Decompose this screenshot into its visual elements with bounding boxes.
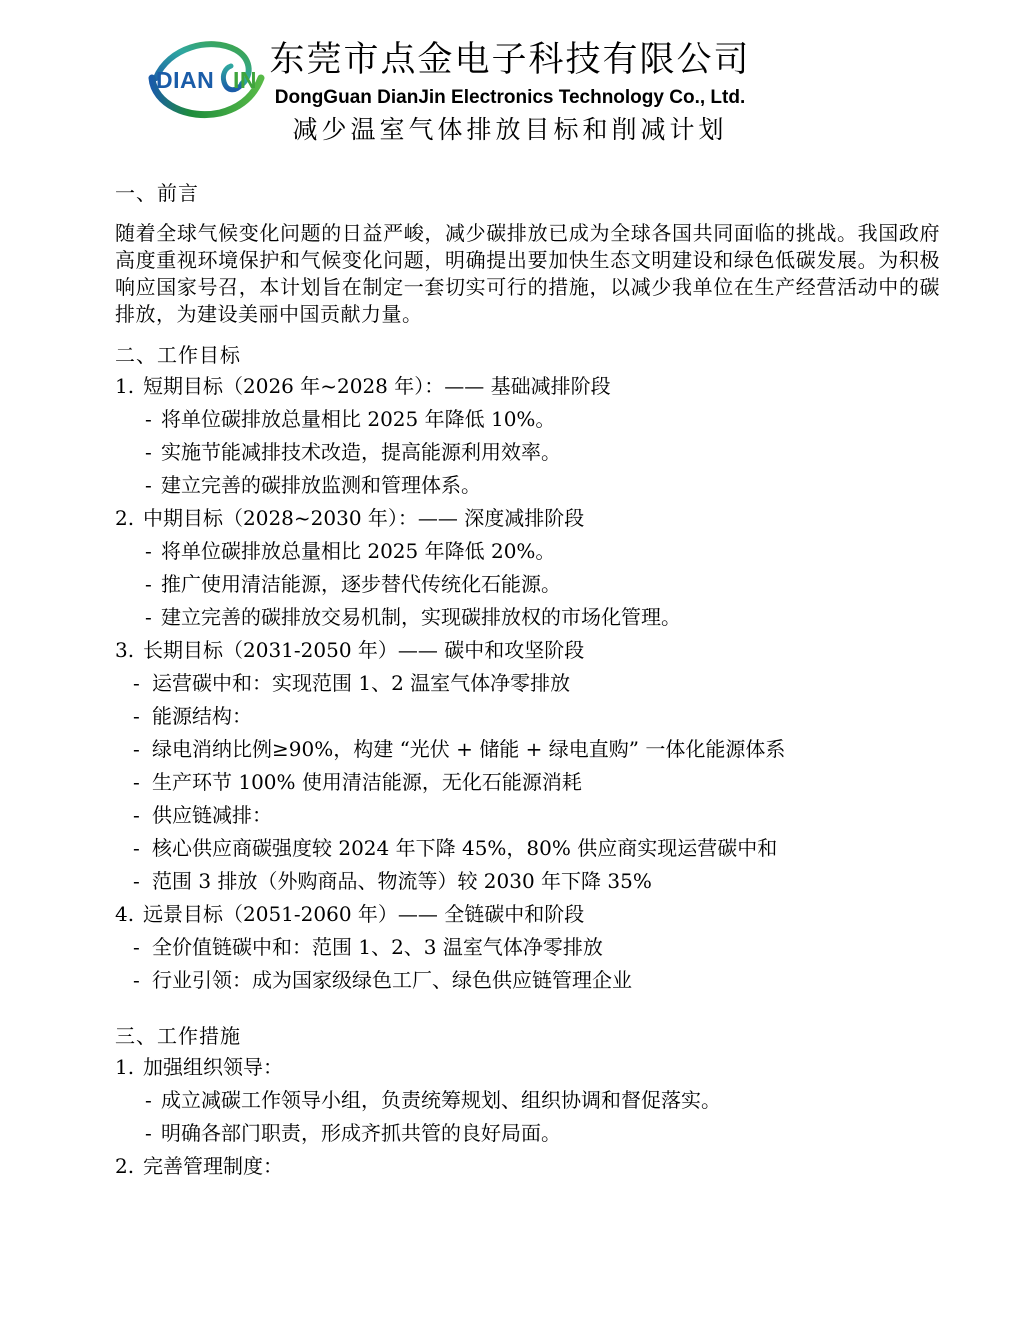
- list-item-text: 中期目标（2028~2030 年）：—— 深度减排阶段: [143, 506, 584, 530]
- list-item: -将单位碳排放总量相比 2025 年降低 10%。: [115, 406, 940, 432]
- list-item: -运营碳中和：实现范围 1、2 温室气体净零排放: [115, 670, 940, 696]
- document-body: 一、前言 随着全球气候变化问题的日益严峻，减少碳排放已成为全球各国共同面临的挑战…: [115, 0, 940, 1186]
- list-marker: -: [133, 967, 152, 993]
- list-item: 1.加强组织领导：: [115, 1054, 940, 1080]
- list-marker: 2.: [115, 505, 143, 531]
- list-item-text: 将单位碳排放总量相比 2025 年降低 10%。: [161, 407, 555, 431]
- list-item-text: 运营碳中和：实现范围 1、2 温室气体净零排放: [152, 671, 570, 695]
- list-item: -核心供应商碳强度较 2024 年下降 45%，80% 供应商实现运营碳中和: [115, 835, 940, 861]
- list-item-text: 供应链减排：: [152, 803, 272, 827]
- list-item: -绿电消纳比例≥90%，构建 “光伏 + 储能 + 绿电直购” 一体化能源体系: [115, 736, 940, 762]
- list-item-text: 核心供应商碳强度较 2024 年下降 45%，80% 供应商实现运营碳中和: [152, 836, 777, 860]
- list-item-text: 行业引领：成为国家级绿色工厂、绿色供应链管理企业: [152, 968, 632, 992]
- preface-paragraph: 随着全球气候变化问题的日益严峻，减少碳排放已成为全球各国共同面临的挑战。我国政府…: [115, 220, 940, 328]
- list-item-text: 远景目标（2051-2060 年）—— 全链碳中和阶段: [143, 902, 584, 926]
- list-item: -成立减碳工作领导小组，负责统筹规划、组织协调和督促落实。: [115, 1087, 940, 1113]
- list-item-text: 完善管理制度：: [143, 1154, 283, 1178]
- list-marker: 1.: [115, 373, 143, 399]
- list-marker: -: [145, 571, 161, 597]
- list-item: -推广使用清洁能源，逐步替代传统化石能源。: [115, 571, 940, 597]
- document-page: DIAN IN 东莞市点金电子科技有限公司 DongGuan DianJin E…: [0, 0, 1020, 1320]
- list-marker: -: [145, 406, 161, 432]
- list-marker: -: [133, 835, 152, 861]
- list-item: -明确各部门职责，形成齐抓共管的良好局面。: [115, 1120, 940, 1146]
- list-item: 2.完善管理制度：: [115, 1153, 940, 1179]
- list-item: -将单位碳排放总量相比 2025 年降低 20%。: [115, 538, 940, 564]
- list-item: -建立完善的碳排放交易机制，实现碳排放权的市场化管理。: [115, 604, 940, 630]
- list-item-text: 短期目标（2026 年~2028 年）：—— 基础减排阶段: [143, 374, 611, 398]
- goals-heading: 二、工作目标: [115, 342, 940, 368]
- list-item: -行业引领：成为国家级绿色工厂、绿色供应链管理企业: [115, 967, 940, 993]
- list-item-text: 建立完善的碳排放交易机制，实现碳排放权的市场化管理。: [161, 605, 681, 629]
- list-item: 4.远景目标（2051-2060 年）—— 全链碳中和阶段: [115, 901, 940, 927]
- list-item: -范围 3 排放（外购商品、物流等）较 2030 年下降 35%: [115, 868, 940, 894]
- list-item: -建立完善的碳排放监测和管理体系。: [115, 472, 940, 498]
- list-marker: 3.: [115, 637, 143, 663]
- list-item-text: 明确各部门职责，形成齐抓共管的良好局面。: [161, 1121, 561, 1145]
- list-item: -全价值链碳中和：范围 1、2、3 温室气体净零排放: [115, 934, 940, 960]
- list-item: -能源结构：: [115, 703, 940, 729]
- list-item-text: 建立完善的碳排放监测和管理体系。: [161, 473, 481, 497]
- list-item: -生产环节 100% 使用清洁能源，无化石能源消耗: [115, 769, 940, 795]
- list-item: 3.长期目标（2031-2050 年）—— 碳中和攻坚阶段: [115, 637, 940, 663]
- measures-heading: 三、工作措施: [115, 1023, 940, 1049]
- list-item: 1.短期目标（2026 年~2028 年）：—— 基础减排阶段: [115, 373, 940, 399]
- list-marker: -: [133, 736, 152, 762]
- list-marker: 1.: [115, 1054, 143, 1080]
- list-item-text: 生产环节 100% 使用清洁能源，无化石能源消耗: [152, 770, 582, 794]
- list-marker: -: [133, 868, 152, 894]
- list-marker: 2.: [115, 1153, 143, 1179]
- list-item-text: 全价值链碳中和：范围 1、2、3 温室气体净零排放: [152, 935, 603, 959]
- list-item-text: 能源结构：: [152, 704, 252, 728]
- list-item-text: 范围 3 排放（外购商品、物流等）较 2030 年下降 35%: [152, 869, 652, 893]
- list-item: 2.中期目标（2028~2030 年）：—— 深度减排阶段: [115, 505, 940, 531]
- list-marker: -: [133, 769, 152, 795]
- preface-heading: 一、前言: [115, 180, 940, 206]
- list-marker: -: [133, 802, 152, 828]
- list-item-text: 实施节能减排技术改造，提高能源利用效率。: [161, 440, 561, 464]
- goals-list: 1.短期目标（2026 年~2028 年）：—— 基础减排阶段 -将单位碳排放总…: [115, 373, 940, 993]
- list-item-text: 将单位碳排放总量相比 2025 年降低 20%。: [161, 539, 555, 563]
- list-marker: -: [145, 439, 161, 465]
- list-item-text: 成立减碳工作领导小组，负责统筹规划、组织协调和督促落实。: [161, 1088, 721, 1112]
- list-item: -实施节能减排技术改造，提高能源利用效率。: [115, 439, 940, 465]
- list-marker: 4.: [115, 901, 143, 927]
- list-marker: -: [145, 1087, 161, 1113]
- list-marker: -: [133, 670, 152, 696]
- list-marker: -: [145, 538, 161, 564]
- list-marker: -: [145, 472, 161, 498]
- list-item-text: 加强组织领导：: [143, 1055, 283, 1079]
- list-item-text: 绿电消纳比例≥90%，构建 “光伏 + 储能 + 绿电直购” 一体化能源体系: [152, 737, 785, 761]
- measures-list: 1.加强组织领导： -成立减碳工作领导小组，负责统筹规划、组织协调和督促落实。 …: [115, 1054, 940, 1179]
- list-marker: -: [145, 1120, 161, 1146]
- list-marker: -: [133, 934, 152, 960]
- list-item: -供应链减排：: [115, 802, 940, 828]
- list-item-text: 长期目标（2031-2050 年）—— 碳中和攻坚阶段: [143, 638, 584, 662]
- list-marker: -: [145, 604, 161, 630]
- list-item-text: 推广使用清洁能源，逐步替代传统化石能源。: [161, 572, 561, 596]
- list-marker: -: [133, 703, 152, 729]
